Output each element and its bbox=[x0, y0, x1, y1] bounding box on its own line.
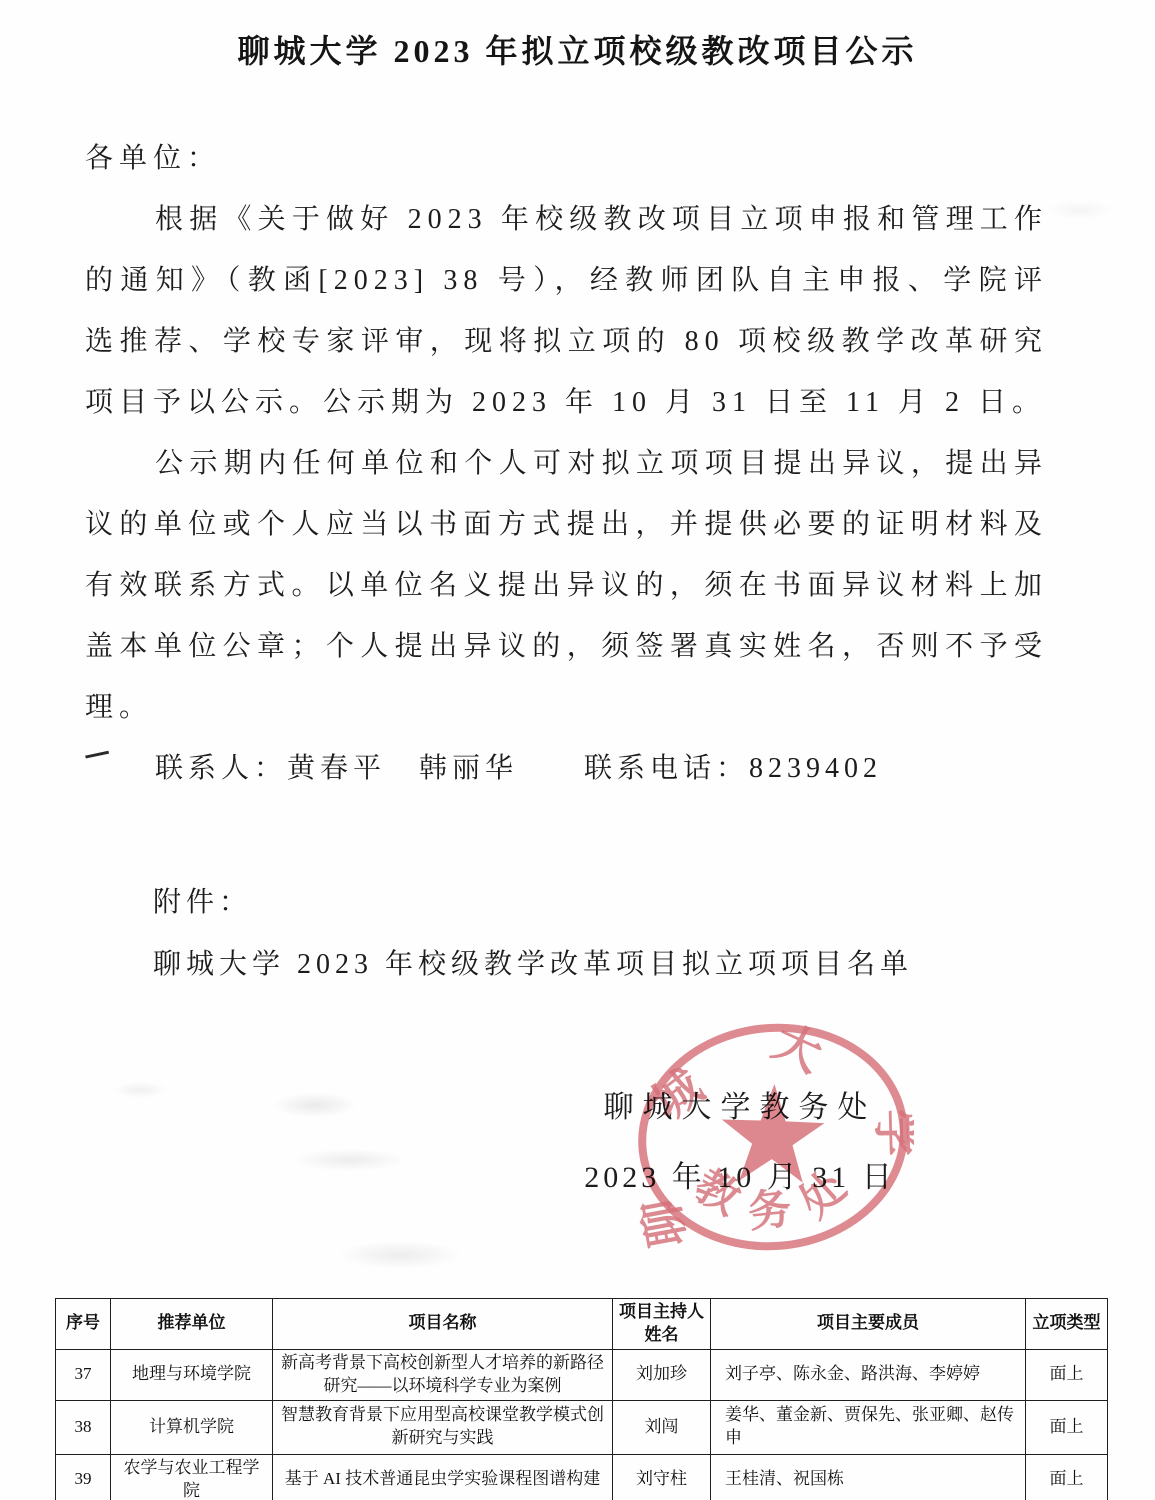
cell-members: 姜华、董金新、贾保先、张亚卿、赵传申 bbox=[711, 1400, 1026, 1454]
paragraph: 公示期内任何单位和个人可对拟立项项目提出异议，提出异议的单位或个人应当以书面方式… bbox=[85, 433, 1048, 738]
contact-line: 联系人：黄春平 韩丽华 联系电话：8239402 bbox=[85, 738, 1048, 799]
cell-type: 面上 bbox=[1026, 1349, 1108, 1400]
header-leader: 项目主持人姓名 bbox=[613, 1299, 711, 1350]
cell-unit: 计算机学院 bbox=[111, 1400, 273, 1454]
cell-type: 面上 bbox=[1026, 1400, 1108, 1454]
cell-project: 智慧教育背景下应用型高校课堂教学模式创新研究与实践 bbox=[273, 1400, 613, 1454]
cell-seq: 37 bbox=[56, 1349, 111, 1400]
attachment-label: 附件： bbox=[85, 872, 1048, 934]
cell-leader: 刘闯 bbox=[613, 1400, 711, 1454]
header-seq: 序号 bbox=[56, 1299, 111, 1350]
attachment-section: 附件： 聊城大学 2023 年校级教学改革项目拟立项项目名单 bbox=[85, 872, 1048, 996]
cell-members: 刘子亭、陈永金、路洪海、李婷婷 bbox=[711, 1349, 1026, 1400]
cell-seq: 39 bbox=[56, 1454, 111, 1500]
cell-leader: 刘守柱 bbox=[613, 1454, 711, 1500]
cell-unit: 农学与农业工程学院 bbox=[111, 1454, 273, 1500]
table-row: 37 地理与环境学院 新高考背景下高校创新型人才培养的新路径研究——以环境科学专… bbox=[56, 1349, 1108, 1400]
paragraph: 根据《关于做好 2023 年校级教改项目立项申报和管理工作的通知》（教函[202… bbox=[85, 189, 1048, 433]
document-page: 聊城大学 2023 年拟立项校级教改项目公示 各单位： 根据《关于做好 2023… bbox=[0, 0, 1155, 1500]
page-title: 聊城大学 2023 年拟立项校级教改项目公示 bbox=[0, 26, 1155, 72]
header-project: 项目名称 bbox=[273, 1299, 613, 1350]
table-row: 38 计算机学院 智慧教育背景下应用型高校课堂教学模式创新研究与实践 刘闯 姜华… bbox=[56, 1400, 1108, 1454]
salutation: 各单位： bbox=[85, 128, 1048, 189]
cell-members: 王桂清、祝国栋 bbox=[711, 1454, 1026, 1500]
cell-seq: 38 bbox=[56, 1400, 111, 1454]
header-unit: 推荐单位 bbox=[111, 1299, 273, 1350]
header-members: 项目主要成员 bbox=[711, 1299, 1026, 1350]
seal-star-icon bbox=[720, 1082, 826, 1183]
cell-project: 新高考背景下高校创新型人才培养的新路径研究——以环境科学专业为案例 bbox=[273, 1349, 613, 1400]
header-type: 立项类型 bbox=[1026, 1299, 1108, 1350]
table-row: 39 农学与农业工程学院 基于 AI 技术普通昆虫学实验课程图谱构建 刘守柱 王… bbox=[56, 1454, 1108, 1500]
attachment-title: 聊城大学 2023 年校级教学改革项目拟立项项目名单 bbox=[85, 934, 1048, 996]
table-header-row: 序号 推荐单位 项目名称 项目主持人姓名 项目主要成员 立项类型 bbox=[56, 1299, 1108, 1350]
cell-type: 面上 bbox=[1026, 1454, 1108, 1500]
document-body: 各单位： 根据《关于做好 2023 年校级教改项目立项申报和管理工作的通知》（教… bbox=[85, 128, 1048, 799]
projects-table: 序号 推荐单位 项目名称 项目主持人姓名 项目主要成员 立项类型 37 地理与环… bbox=[55, 1298, 1108, 1500]
cell-leader: 刘加珍 bbox=[613, 1349, 711, 1400]
cell-unit: 地理与环境学院 bbox=[111, 1349, 273, 1400]
cell-project: 基于 AI 技术普通昆虫学实验课程图谱构建 bbox=[273, 1454, 613, 1500]
official-seal: 聊城大学 教务处 bbox=[632, 1014, 914, 1260]
